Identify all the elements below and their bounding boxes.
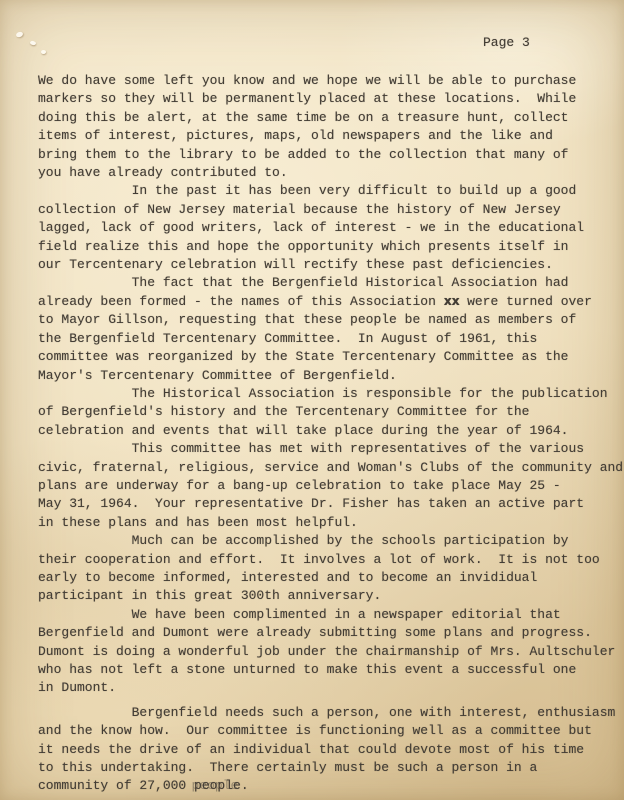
paragraph-schools-participation: Much can be accomplished by the schools …	[38, 532, 624, 606]
typewriter-strikeout: xx	[444, 294, 460, 309]
typewriter-overstrike-word: people	[194, 778, 241, 793]
document-body: We do have some left you know and we hop…	[38, 72, 624, 796]
paragraph-new-jersey-history: In the past it has been very difficult t…	[38, 182, 624, 274]
paragraph-historical-association: The fact that the Bergenfield Historical…	[38, 274, 624, 384]
paragraph-publication: The Historical Association is responsibl…	[38, 385, 624, 440]
paper-stain	[15, 31, 23, 38]
paragraph-bergenfield-needs: Bergenfield needs such a person, one wit…	[38, 704, 624, 796]
paragraph-newspaper-editorial: We have been complimented in a newspaper…	[38, 606, 624, 698]
page-number: Page 3	[483, 35, 530, 51]
paragraph-bergenfield-needs-period: .	[241, 778, 249, 793]
paragraph-bergenfield-needs-text: Bergenfield needs such a person, one wit…	[38, 705, 615, 794]
paragraph-markers: We do have some left you know and we hop…	[38, 72, 624, 182]
paper-stain	[30, 40, 37, 45]
paper-stain	[41, 50, 46, 54]
scanned-page: Page 3 We do have some left you know and…	[0, 0, 624, 800]
paragraph-celebration-plans: This committee has met with representati…	[38, 440, 624, 532]
